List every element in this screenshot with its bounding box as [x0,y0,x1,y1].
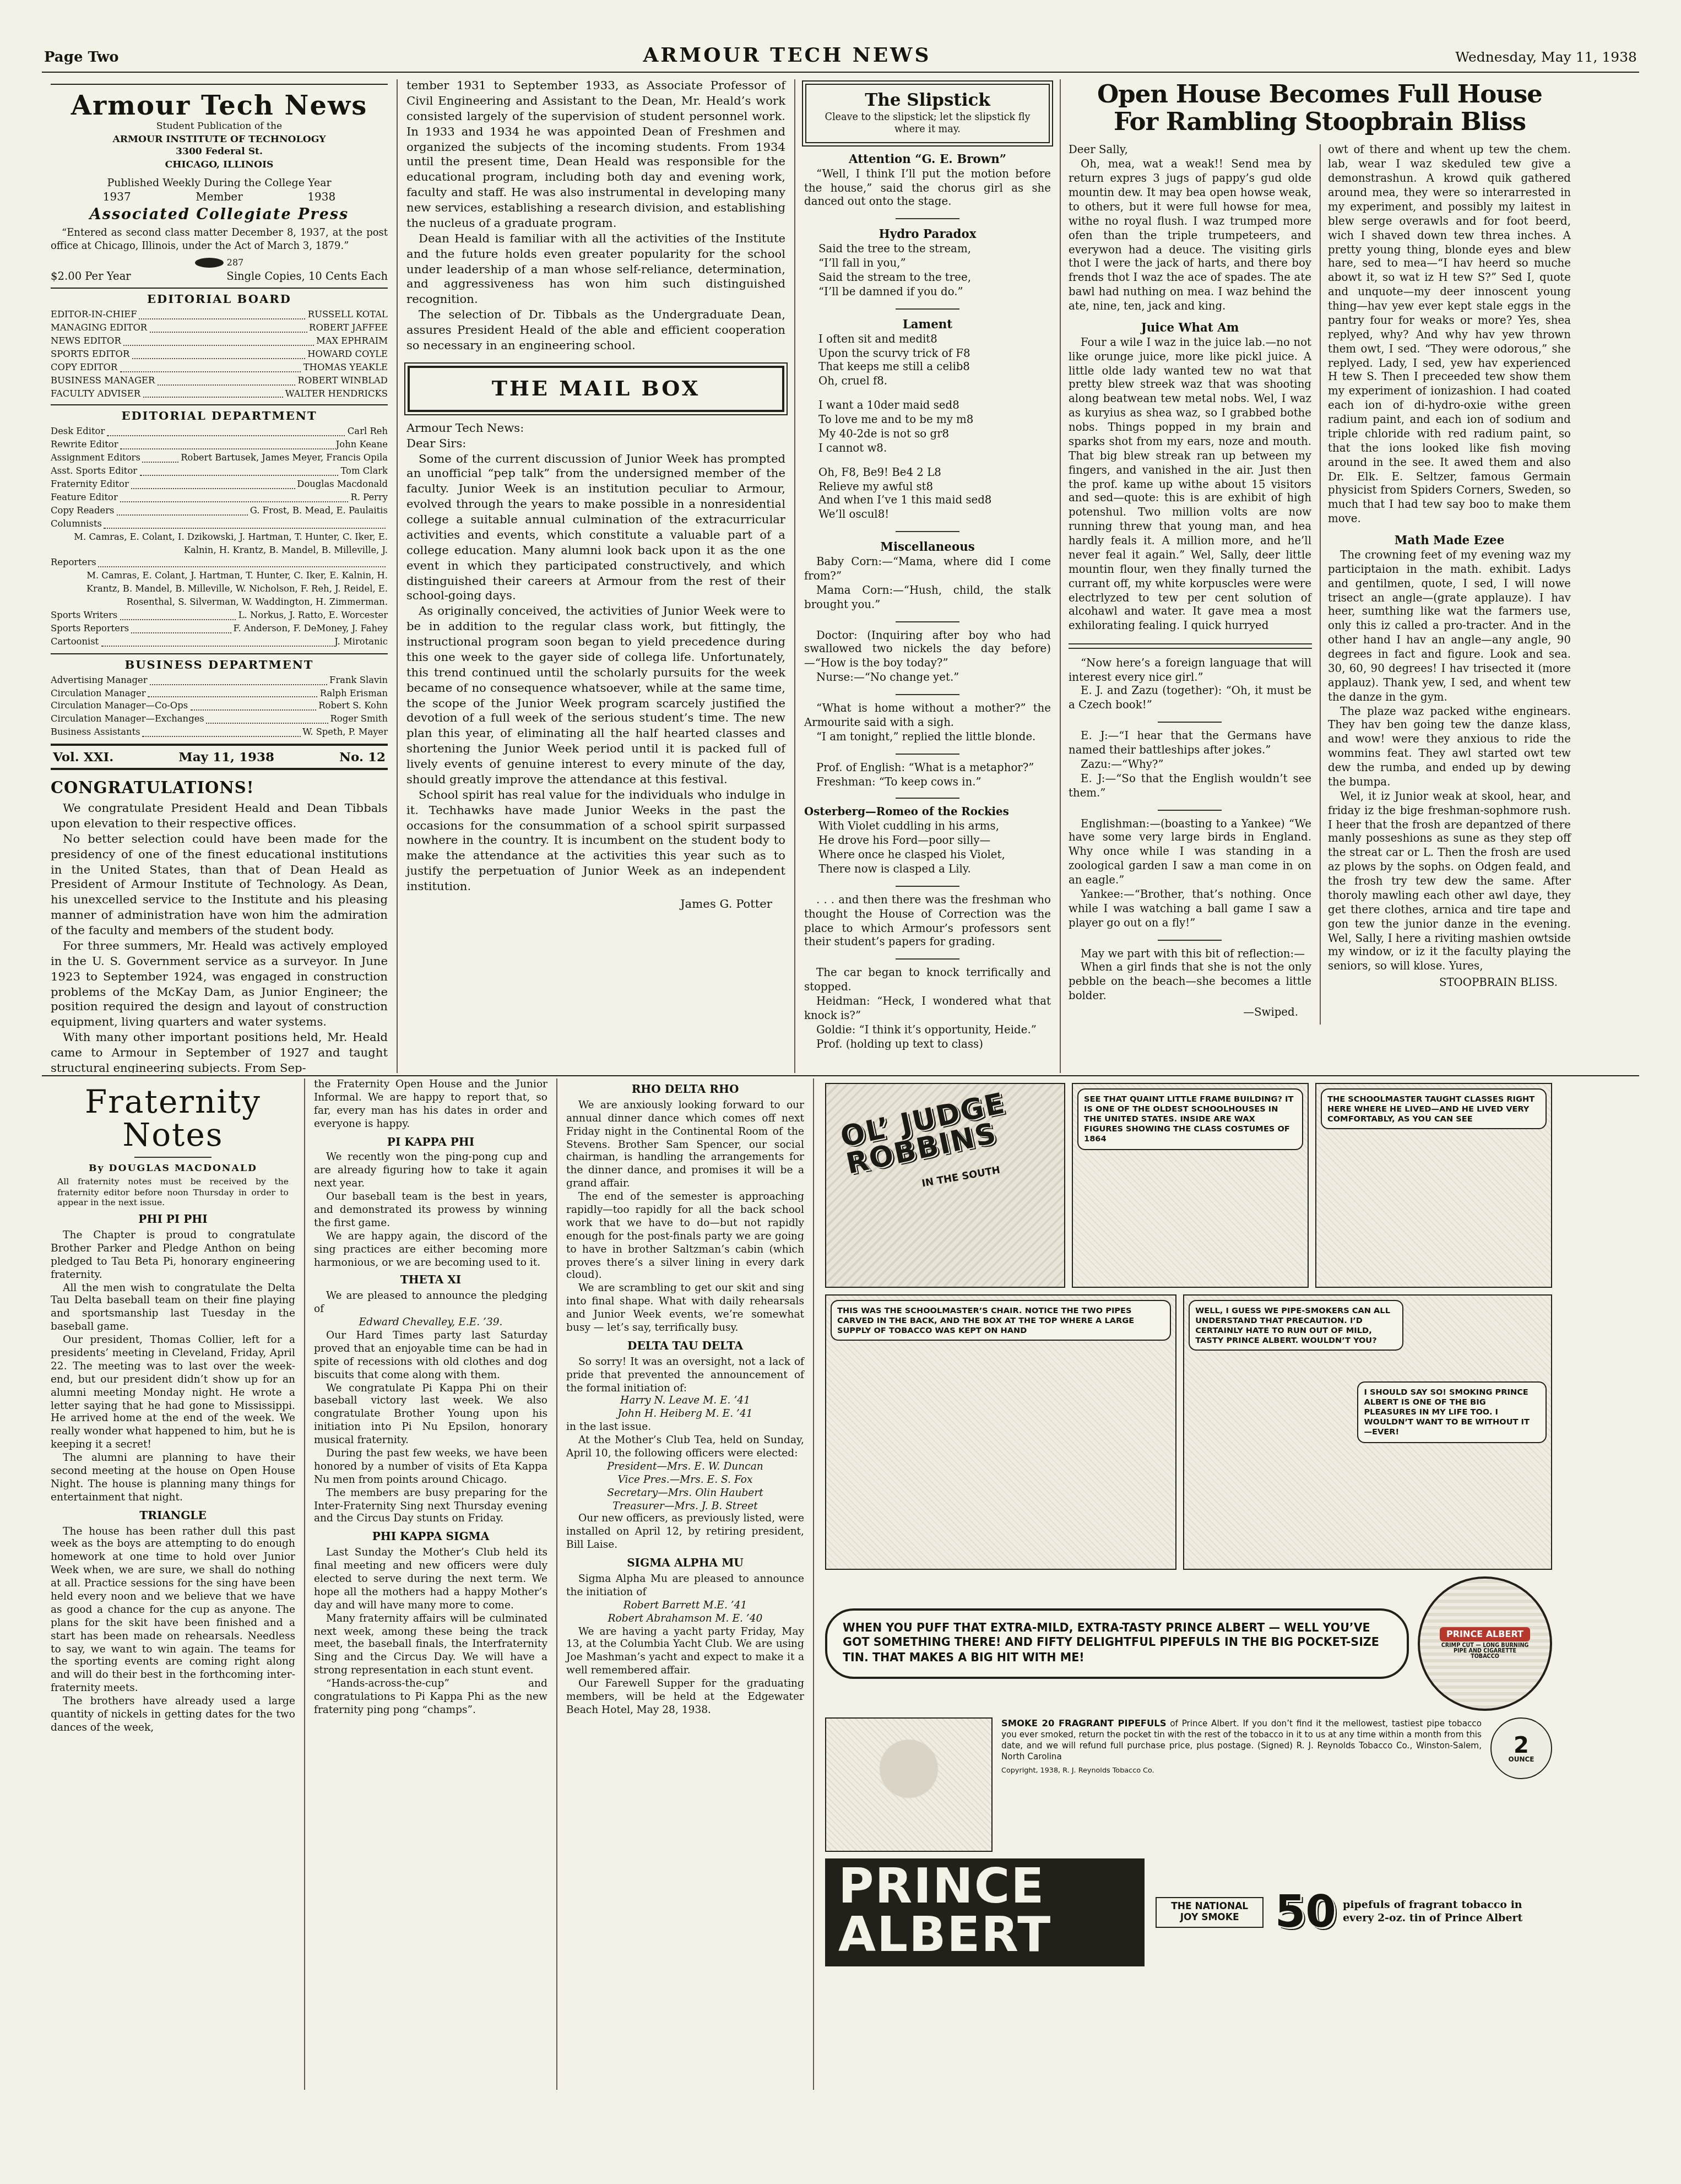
comic-row-1: OL’ JUDGE ROBBINS IN THE SOUTH SEE THAT … [825,1083,1552,1288]
text-block [896,308,959,310]
single-copy-price: Single Copies, 10 Cents Each [226,272,388,284]
text-block: Upon the scurvy trick of F8 [804,348,1051,362]
dot-leader [101,635,332,646]
speech-bubble: SEE THAT QUAINT LITTLE FRAME BUILDING? I… [1077,1088,1303,1150]
bottom-section: Fraternity Notes By DOUGLAS MACDONALD Al… [42,1079,1639,2090]
text-block: And when I’ve 1 this maid sed8 [804,495,1051,510]
text-block: James G. Potter [406,898,785,913]
text-block: Oh, mea, wat a weak!! Send mea by return… [1069,159,1311,315]
comic-panel-interior: THE SCHOOLMASTER TAUGHT CLASSES RIGHT HE… [1315,1083,1552,1288]
masthead-column: Armour Tech News Student Publication of … [42,79,398,1073]
union-ornament: 287 [51,258,388,268]
dot-leader [143,726,301,737]
text-block: Sigma Alpha Mu are pleased to announce t… [566,1573,804,1600]
text-block: RHO DELTA RHO [566,1084,804,1098]
credit-row: COPY EDITORTHOMAS YEAKLE [51,361,388,375]
text-block: owt of there and whent up tew the chem. … [1328,145,1571,528]
prince-albert-logo: PRINCE ALBERT [825,1858,1145,1966]
text-block: Armour Tech News: [406,422,785,437]
feature-left-column: Deer Sally,Oh, mea, wat a weak!! Send me… [1061,145,1320,1025]
guarantee-lead: SMOKE 20 FRAGRANT PIPEFULS [1001,1717,1167,1728]
credit-row: Circulation Manager—Co-OpsRobert S. Kohn [51,700,388,713]
text-block: The alumni are planning to have their se… [51,1452,295,1504]
rule [51,288,388,289]
text-block: SIGMA ALPHA MU [566,1558,804,1572]
text-block: John H. Heiberg M. E. ’41 [566,1408,804,1422]
dot-leader [104,517,386,528]
rule [51,84,388,85]
fraternity-col-b-text: the Fraternity Open House and the Junior… [314,1079,547,1717]
dot-leader [139,309,306,320]
text-block: . . . and then there was the freshman wh… [804,895,1051,951]
credit-row: Advertising ManagerFrank Slavin [51,674,388,687]
text-block: Attention “G. E. Brown” [804,152,1051,167]
issue-date: Wednesday, May 11, 1938 [1455,48,1637,65]
text-block: —Swiped. [1069,1007,1311,1021]
credit-row: MANAGING EDITORROBERT JAFFEE [51,322,388,335]
text-block: Dear Sirs: [406,437,785,452]
ad-slogan-bubble: WHEN YOU PUFF THAT EXTRA-MILD, EXTRA-TAS… [825,1608,1409,1679]
heald-continuation: tember 1931 to September 1933, as Associ… [406,79,785,355]
text-block: When a girl finds that she is not the on… [1069,962,1311,1005]
text-block: School spirit has real value for the ind… [406,789,785,896]
text-block: We are pleased to announce the pledging … [314,1291,547,1317]
dot-leader [157,374,295,385]
mailbox-column: tember 1931 to September 1933, as Associ… [398,79,795,1073]
dot-leader [143,387,283,398]
text-block: Edward Chevalley, E.E. ’39. [314,1316,547,1330]
text-block: We congratulate President Heald and Dean… [51,802,388,833]
slipstick-jokes: Attention “G. E. Brown”“Well, I think I’… [804,152,1051,1053]
feature-story: Open House Becomes Full House For Rambli… [1061,79,1579,1073]
credit-row: Feature EditorR. Perry [51,491,388,505]
text-block: Englishman:—(boasting to a Yankee) “We h… [1069,818,1311,889]
credit-row: BUSINESS MANAGERROBERT WINBLAD [51,374,388,387]
text-block: Our Hard Times party last Saturday prove… [314,1330,547,1382]
text-block [896,959,959,960]
dot-leader [120,491,349,502]
badge-number: 2 [1514,1733,1529,1755]
masthead-sub3: 3300 Federal St. [51,147,388,159]
credit-row: ColumnistsM. Camras, E. Colant, I. Dziko… [51,517,388,556]
two-ounce-badge: 2 OUNCE [1490,1717,1552,1779]
credit-row: EDITOR-IN-CHIEFRUSSELL KOTAL [51,309,388,322]
feature-right-column: owt of there and whent up tew the chem. … [1320,145,1579,1025]
page-header: Page Two ARMOUR TECH NEWS Wednesday, May… [0,0,1681,72]
dot-leader [123,335,314,346]
comic-row-2: THIS WAS THE SCHOOLMASTER’S CHAIR. NOTIC… [825,1294,1552,1570]
text-block: Miscellaneous [804,540,1051,555]
text-block: “Well, I think I’ll put the motion befor… [804,168,1051,210]
dot-leader [121,439,334,450]
dot-leader [148,687,318,698]
text-block [1158,722,1222,723]
text-block: Baby Corn:—“Mama, where did I come from?… [804,556,1051,585]
speech-bubble: WELL, I GUESS WE PIPE-SMOKERS CAN ALL UN… [1189,1300,1403,1351]
dot-leader [190,700,316,711]
feature-headline-line2: For Rambling Stoopbrain Bliss [1061,109,1579,137]
text-block: Juice What Am [1069,321,1311,336]
credit-row: Sports ReportersF. Anderson, F. DeMoney,… [51,622,388,636]
text-block: TRIANGLE [51,1510,295,1524]
text-block: As originally conceived, the activities … [406,605,785,789]
text-block: E. J. and Zazu (together): “Oh, it must … [1069,686,1311,714]
credit-row: CartoonistJ. Mirotanic [51,635,388,648]
pipe-smoker-portrait [825,1717,993,1852]
text-block: President—Mrs. E. W. Duncan [566,1461,804,1474]
slipstick-title: The Slipstick [813,89,1042,110]
text-block: PI KAPPA PHI [314,1136,547,1151]
dot-leader [131,478,295,489]
text-block: We are anxiously looking forward to our … [566,1099,804,1191]
tin-sublabel: CRIMP CUT — LONG BURNING PIPE AND CIGARE… [1441,1644,1529,1660]
text-block: Our president, Thomas Collier, left for … [51,1334,295,1452]
text-block: Goldie: “I think it’s opportunity, Heide… [804,1025,1051,1039]
slipstick-title-box: The Slipstick Cleave to the slipstick; l… [805,84,1050,143]
credit-row: Desk EditorCarl Reh [51,426,388,439]
text-block: Freshman: “To keep cows in.” [804,776,1051,790]
volume: Vol. XXI. [53,749,113,765]
masthead-published: Published Weekly During the College Year [51,178,388,190]
text-block: PHI PI PHI [51,1214,295,1228]
text-block: He drove his Ford—poor silly— [804,835,1051,849]
member-line: 1937 Member 1938 [71,192,368,204]
fifty-pipefuls: 50 pipefuls of fragrant tobacco in every… [1275,1890,1552,1934]
text-block: The crowning feet of my evening waz my p… [1328,550,1571,706]
text-block [804,457,1051,467]
top-section: Armour Tech News Student Publication of … [42,79,1639,1073]
credit-row: Rewrite EditorJohn Keane [51,439,388,452]
text-block [1158,939,1222,940]
text-block [896,798,959,799]
rule [51,653,388,654]
masthead-sub1: Student Publication of the [51,121,388,134]
text-block: Robert Barrett M.E. ’41 [566,1600,804,1613]
text-block: Wel, it iz Junior weak at skool, hear, a… [1328,791,1571,976]
masthead-title: Armour Tech News [51,89,388,121]
text-block: Four a wile I waz in the juice lab.—no n… [1069,337,1311,635]
national-joy-smoke-tag: THE NATIONAL JOY SMOKE [1156,1897,1264,1928]
badge-unit: OUNCE [1509,1755,1534,1763]
text-block: Our new officers, as previously listed, … [566,1513,804,1552]
text-block: The plaze waz packed withe enginears. Th… [1328,706,1571,791]
text-block: With many other important positions held… [51,1031,388,1073]
text-block: Zazu:—“Why?” [1069,759,1311,773]
credit-row: ReportersM. Camras, E. Colant, J. Hartma… [51,557,388,609]
text-block: To love me and to be my m8 [804,414,1051,429]
fraternity-notes-title: Fraternity Notes [51,1085,295,1152]
fraternity-byline: By DOUGLAS MACDONALD [51,1163,295,1174]
text-block: Prof. (holding up text to class) [804,1038,1051,1053]
section-divider-rule [42,1075,1639,1076]
price-line: $2.00 Per Year Single Copies, 10 Cents E… [51,272,388,284]
text-block: Vice Pres.—Mrs. E. S. Fox [566,1474,804,1487]
slogan-row: WHEN YOU PUFF THAT EXTRA-MILD, EXTRA-TAS… [825,1576,1552,1711]
text-block: We are scrambling to get our skit and si… [566,1283,804,1335]
text-block: “I am tonight,” replied the little blond… [804,731,1051,746]
text-block [1158,809,1222,810]
text-block: I want a 10der maid sed8 [804,400,1051,414]
editorial-board-list: EDITOR-IN-CHIEFRUSSELL KOTALMANAGING EDI… [51,309,388,400]
fraternity-col-c-text: RHO DELTA RHOWe are anxiously looking fo… [566,1084,804,1717]
mailbox-letter: Armour Tech News:Dear Sirs:Some of the c… [406,422,785,913]
text-block: PHI KAPPA SIGMA [314,1532,547,1546]
text-block: Said the tree to the stream, [804,244,1051,258]
ornament-number: 287 [227,258,244,268]
dot-leader [207,713,328,724]
copyright-line: Copyright, 1938, R. J. Reynolds Tobacco … [1001,1766,1482,1775]
brand-row: PRINCE ALBERT THE NATIONAL JOY SMOKE 50 … [825,1858,1552,1966]
editorial-headline: CONGRATULATIONS! [51,779,388,798]
feature-headline: Open House Becomes Full House For Rambli… [1061,82,1579,137]
text-block: At the Mother’s Club Tea, held on Sunday… [566,1434,804,1461]
text-block: We’ll oscul8! [804,510,1051,524]
text-block: DELTA TAU DELTA [566,1341,804,1355]
text-block: Oh, F8, Be9! Be4 2 L8 [804,467,1051,481]
text-block: Last Sunday the Mother’s Club held its f… [314,1547,547,1612]
text-block: Many fraternity affairs will be culminat… [314,1612,547,1678]
slipstick-motto: Cleave to the slipstick; let the slipsti… [813,112,1042,138]
guarantee-text-wrap: SMOKE 20 FRAGRANT PIPEFULS of Prince Alb… [1001,1717,1482,1775]
text-block: Hydro Paradox [804,227,1051,243]
acp-logo-text: Associated Collegiate Press [51,207,388,224]
editorial-dept-title: EDITORIAL DEPARTMENT [51,410,388,424]
fifty-caption: pipefuls of fragrant tobacco in every 2-… [1343,1899,1552,1926]
volume-line: Vol. XXI. May 11, 1938 No. 12 [51,744,388,770]
speech-bubble: I SHOULD SAY SO! SMOKING PRINCE ALBERT I… [1357,1381,1547,1443]
member-1937: 1937 [103,192,131,204]
business-dept-list: Advertising ManagerFrank SlavinCirculati… [51,674,388,739]
text-block: I often sit and medit8 [804,333,1051,348]
fraternity-title-line2: Notes [51,1119,295,1152]
rule [134,1157,212,1158]
text-block: With Violet cuddling in his arms, [804,821,1051,836]
editorial-text: We congratulate President Heald and Dean… [51,802,388,1073]
text-block: I cannot w8. [804,443,1051,457]
text-block [896,753,959,754]
text-block: Relieve my awful st8 [804,481,1051,495]
dot-leader [149,322,307,333]
text-block: Heidman: “Heck, I wondered what that kno… [804,996,1051,1025]
text-block: in the last issue. [566,1421,804,1434]
text-block [896,621,959,622]
text-block: The brothers have already used a large q… [51,1695,295,1735]
masthead-sub2: ARMOUR INSTITUTE OF TECHNOLOGY [51,134,388,147]
masthead-sub4: CHICAGO, ILLINOIS [51,160,388,172]
text-block: The car began to knock terrifically and … [804,968,1051,996]
text-block: Said the stream to the tree, [804,272,1051,286]
fraternity-note: All fraternity notes must be received by… [57,1177,289,1208]
text-block: During the past few weeks, we have been … [314,1448,547,1487]
text-block: The house has been rather dull this past… [51,1525,295,1695]
business-dept-title: BUSINESS DEPARTMENT [51,658,388,671]
text-block: We congratulate Pi Kappa Phi on their ba… [314,1382,547,1448]
tobacco-tin-illustration: PRINCE ALBERT CRIMP CUT — LONG BURNING P… [1418,1576,1552,1711]
slipstick-column: The Slipstick Cleave to the slipstick; l… [795,79,1061,1073]
union-bug-icon [195,258,224,268]
dot-leader [107,426,345,437]
credit-row: Asst. Sports EditorTom Clark [51,465,388,478]
text-block: The members are busy preparing for the I… [314,1487,547,1526]
text-block: The Chapter is proud to congratulate Bro… [51,1229,295,1282]
text-block: Doctor: (Inquiring after boy who had swa… [804,630,1051,672]
text-block: “I’ll fall in you,” [804,258,1051,272]
text-block: “Now here’s a foreign language that will… [1069,657,1311,686]
text-block [1069,643,1311,648]
text-block: Dean Heald is familiar with all the acti… [406,232,785,309]
editorial-dept-list: Desk EditorCarl RehRewrite EditorJohn Ke… [51,426,388,648]
member-1938: 1938 [307,192,335,204]
text-block [896,531,959,532]
text-block: Robert Abrahamson M. E. ’40 [566,1612,804,1625]
prince-albert-ad: OL’ JUDGE ROBBINS IN THE SOUTH SEE THAT … [814,1079,1552,2090]
text-block: STOOPBRAIN BLISS. [1328,977,1571,991]
comic-title-panel: OL’ JUDGE ROBBINS IN THE SOUTH [825,1083,1065,1288]
text-block: E. J:—“So that the English wouldn’t see … [1069,773,1311,802]
fraternity-col-a-text: PHI PI PHIThe Chapter is proud to congra… [51,1214,295,1735]
speech-bubble: THIS WAS THE SCHOOLMASTER’S CHAIR. NOTIC… [831,1300,1171,1341]
dot-leader [139,465,338,476]
credit-row: Circulation Manager—ExchangesRoger Smith [51,713,388,727]
fifty-number: 50 [1275,1890,1336,1934]
rule [51,405,388,406]
paper-name: ARMOUR TECH NEWS [643,44,931,67]
credit-row: NEWS EDITORMAX EPHRAIM [51,335,388,348]
fraternity-column-b: the Fraternity Open House and the Junior… [305,1079,557,2090]
text-block: Lament [804,317,1051,333]
feature-headline-line1: Open House Becomes Full House [1061,82,1579,109]
text-block: Nurse:—“No change yet.” [804,672,1051,686]
subscription-price: $2.00 Per Year [51,272,131,284]
editorial-board-title: EDITORIAL BOARD [51,294,388,307]
credit-row: Fraternity EditorDouglas Macdonald [51,478,388,491]
text-block: THETA XI [314,1275,547,1289]
text-block: Prof. of English: “What is a metaphor?” [804,762,1051,776]
text-block: Math Made Ezee [1328,533,1571,549]
credit-row: SPORTS EDITORHOWARD COYLE [51,348,388,361]
text-block: Our Farewell Supper for the graduating m… [566,1678,804,1717]
credit-row: FACULTY ADVISERWALTER HENDRICKS [51,387,388,400]
mailbox-title: THE MAIL BOX [408,366,784,412]
text-block: Secretary—Mrs. Olin Haubert [566,1487,804,1500]
text-block: Yankee:—“Brother, that’s nothing. Once w… [1069,889,1311,931]
speech-bubble: THE SCHOOLMASTER TAUGHT CLASSES RIGHT HE… [1321,1088,1547,1130]
text-block [804,390,1051,400]
text-block: Mama Corn:—“Hush, child, the stalk broug… [804,585,1051,614]
member-label: Member [196,192,243,204]
text-block: “Hands-across-the-cup” and congratulatio… [314,1678,547,1717]
text-block: Oh, cruel f8. [804,376,1051,391]
text-block: May we part with this bit of reflection:… [1069,948,1311,962]
feature-columns: Deer Sally,Oh, mea, wat a weak!! Send me… [1061,145,1579,1025]
tin-label: PRINCE ALBERT [1440,1627,1530,1641]
text-block: the Fraternity Open House and the Junior… [314,1079,547,1131]
text-block: We are having a yacht party Friday, May … [566,1625,804,1678]
credit-row: Copy ReadersG. Frost, B. Mead, E. Paulai… [51,505,388,518]
comic-panel-schoolhouse: SEE THAT QUAINT LITTLE FRAME BUILDING? I… [1072,1083,1309,1288]
dot-leader [117,505,248,516]
guarantee-text: SMOKE 20 FRAGRANT PIPEFULS of Prince Alb… [1001,1717,1482,1762]
volume-date: May 11, 1938 [178,749,274,765]
text-block: Our baseball team is the best in years, … [314,1191,547,1230]
credit-row: Assignment EditorsRobert Bartusek, James… [51,452,388,465]
text-block: “I’ll be damned if you do.” [804,286,1051,301]
dot-leader [143,452,178,463]
guarantee-row: SMOKE 20 FRAGRANT PIPEFULS of Prince Alb… [825,1717,1552,1852]
text-block: There now is clasped a Lily. [804,864,1051,878]
dot-leader [132,348,305,359]
text-block: That keeps me still a celib8 [804,362,1051,376]
text-block: Deer Sally, [1069,145,1311,159]
text-block: E. J:—“I hear that the Germans have name… [1069,730,1311,759]
fraternity-title-line1: Fraternity [51,1085,295,1119]
text-block: Harry N. Leave M. E. ’41 [566,1395,804,1408]
text-block: We are happy again, the discord of the s… [314,1231,547,1270]
dot-leader [99,557,386,568]
comic-panel-chair: THIS WAS THE SCHOOLMASTER’S CHAIR. NOTIC… [825,1294,1176,1570]
dot-leader [120,361,301,372]
header-rule [42,72,1639,73]
credit-row: Circulation ManagerRalph Erisman [51,687,388,700]
page-number: Page Two [44,50,119,66]
issue-number: No. 12 [339,749,386,765]
text-block: tember 1931 to September 1933, as Associ… [406,79,785,232]
text-block [896,219,959,220]
text-block: Where once he clasped his Violet, [804,849,1051,864]
paper: Page Two ARMOUR TECH NEWS Wednesday, May… [0,0,1681,2184]
text-block: “What is home without a mother?” the Arm… [804,703,1051,731]
comic-panel-smokers: WELL, I GUESS WE PIPE-SMOKERS CAN ALL UN… [1183,1294,1552,1570]
text-block: No better selection could have been made… [51,833,388,940]
text-block [896,694,959,695]
text-block: The end of the semester is approaching r… [566,1191,804,1282]
text-block: So sorry! It was an oversight, not a lac… [566,1356,804,1395]
text-block: Treasurer—Mrs. J. B. Street [566,1500,804,1513]
text-block: All the men wish to congratulate the Del… [51,1282,295,1334]
text-block [896,886,959,887]
text-block: The selection of Dr. Tibbals as the Unde… [406,308,785,354]
text-block: For three summers, Mr. Heald was activel… [51,940,388,1032]
dot-leader [131,622,231,633]
text-block: Osterberg—Romeo of the Rockies [804,807,1051,821]
text-block: Some of the current discussion of Junior… [406,452,785,605]
credit-row: Sports WritersL. Norkus, J. Ratto, E. Wo… [51,609,388,622]
dot-leader [150,674,327,685]
credit-row: Business AssistantsW. Speth, P. Mayer [51,726,388,739]
fraternity-column-a: Fraternity Notes By DOUGLAS MACDONALD Al… [42,1079,305,2090]
entered-notice: “Entered as second class matter December… [51,229,388,254]
text-block: We recently won the ping-pong cup and ar… [314,1152,547,1191]
text-block: My 40-2de is not so gr8 [804,429,1051,443]
dot-leader [120,609,236,620]
newspaper-page: Page Two ARMOUR TECH NEWS Wednesday, May… [0,0,1681,2184]
fraternity-column-c: RHO DELTA RHOWe are anxiously looking fo… [557,1079,814,2090]
masthead: Armour Tech News Student Publication of … [51,84,388,284]
